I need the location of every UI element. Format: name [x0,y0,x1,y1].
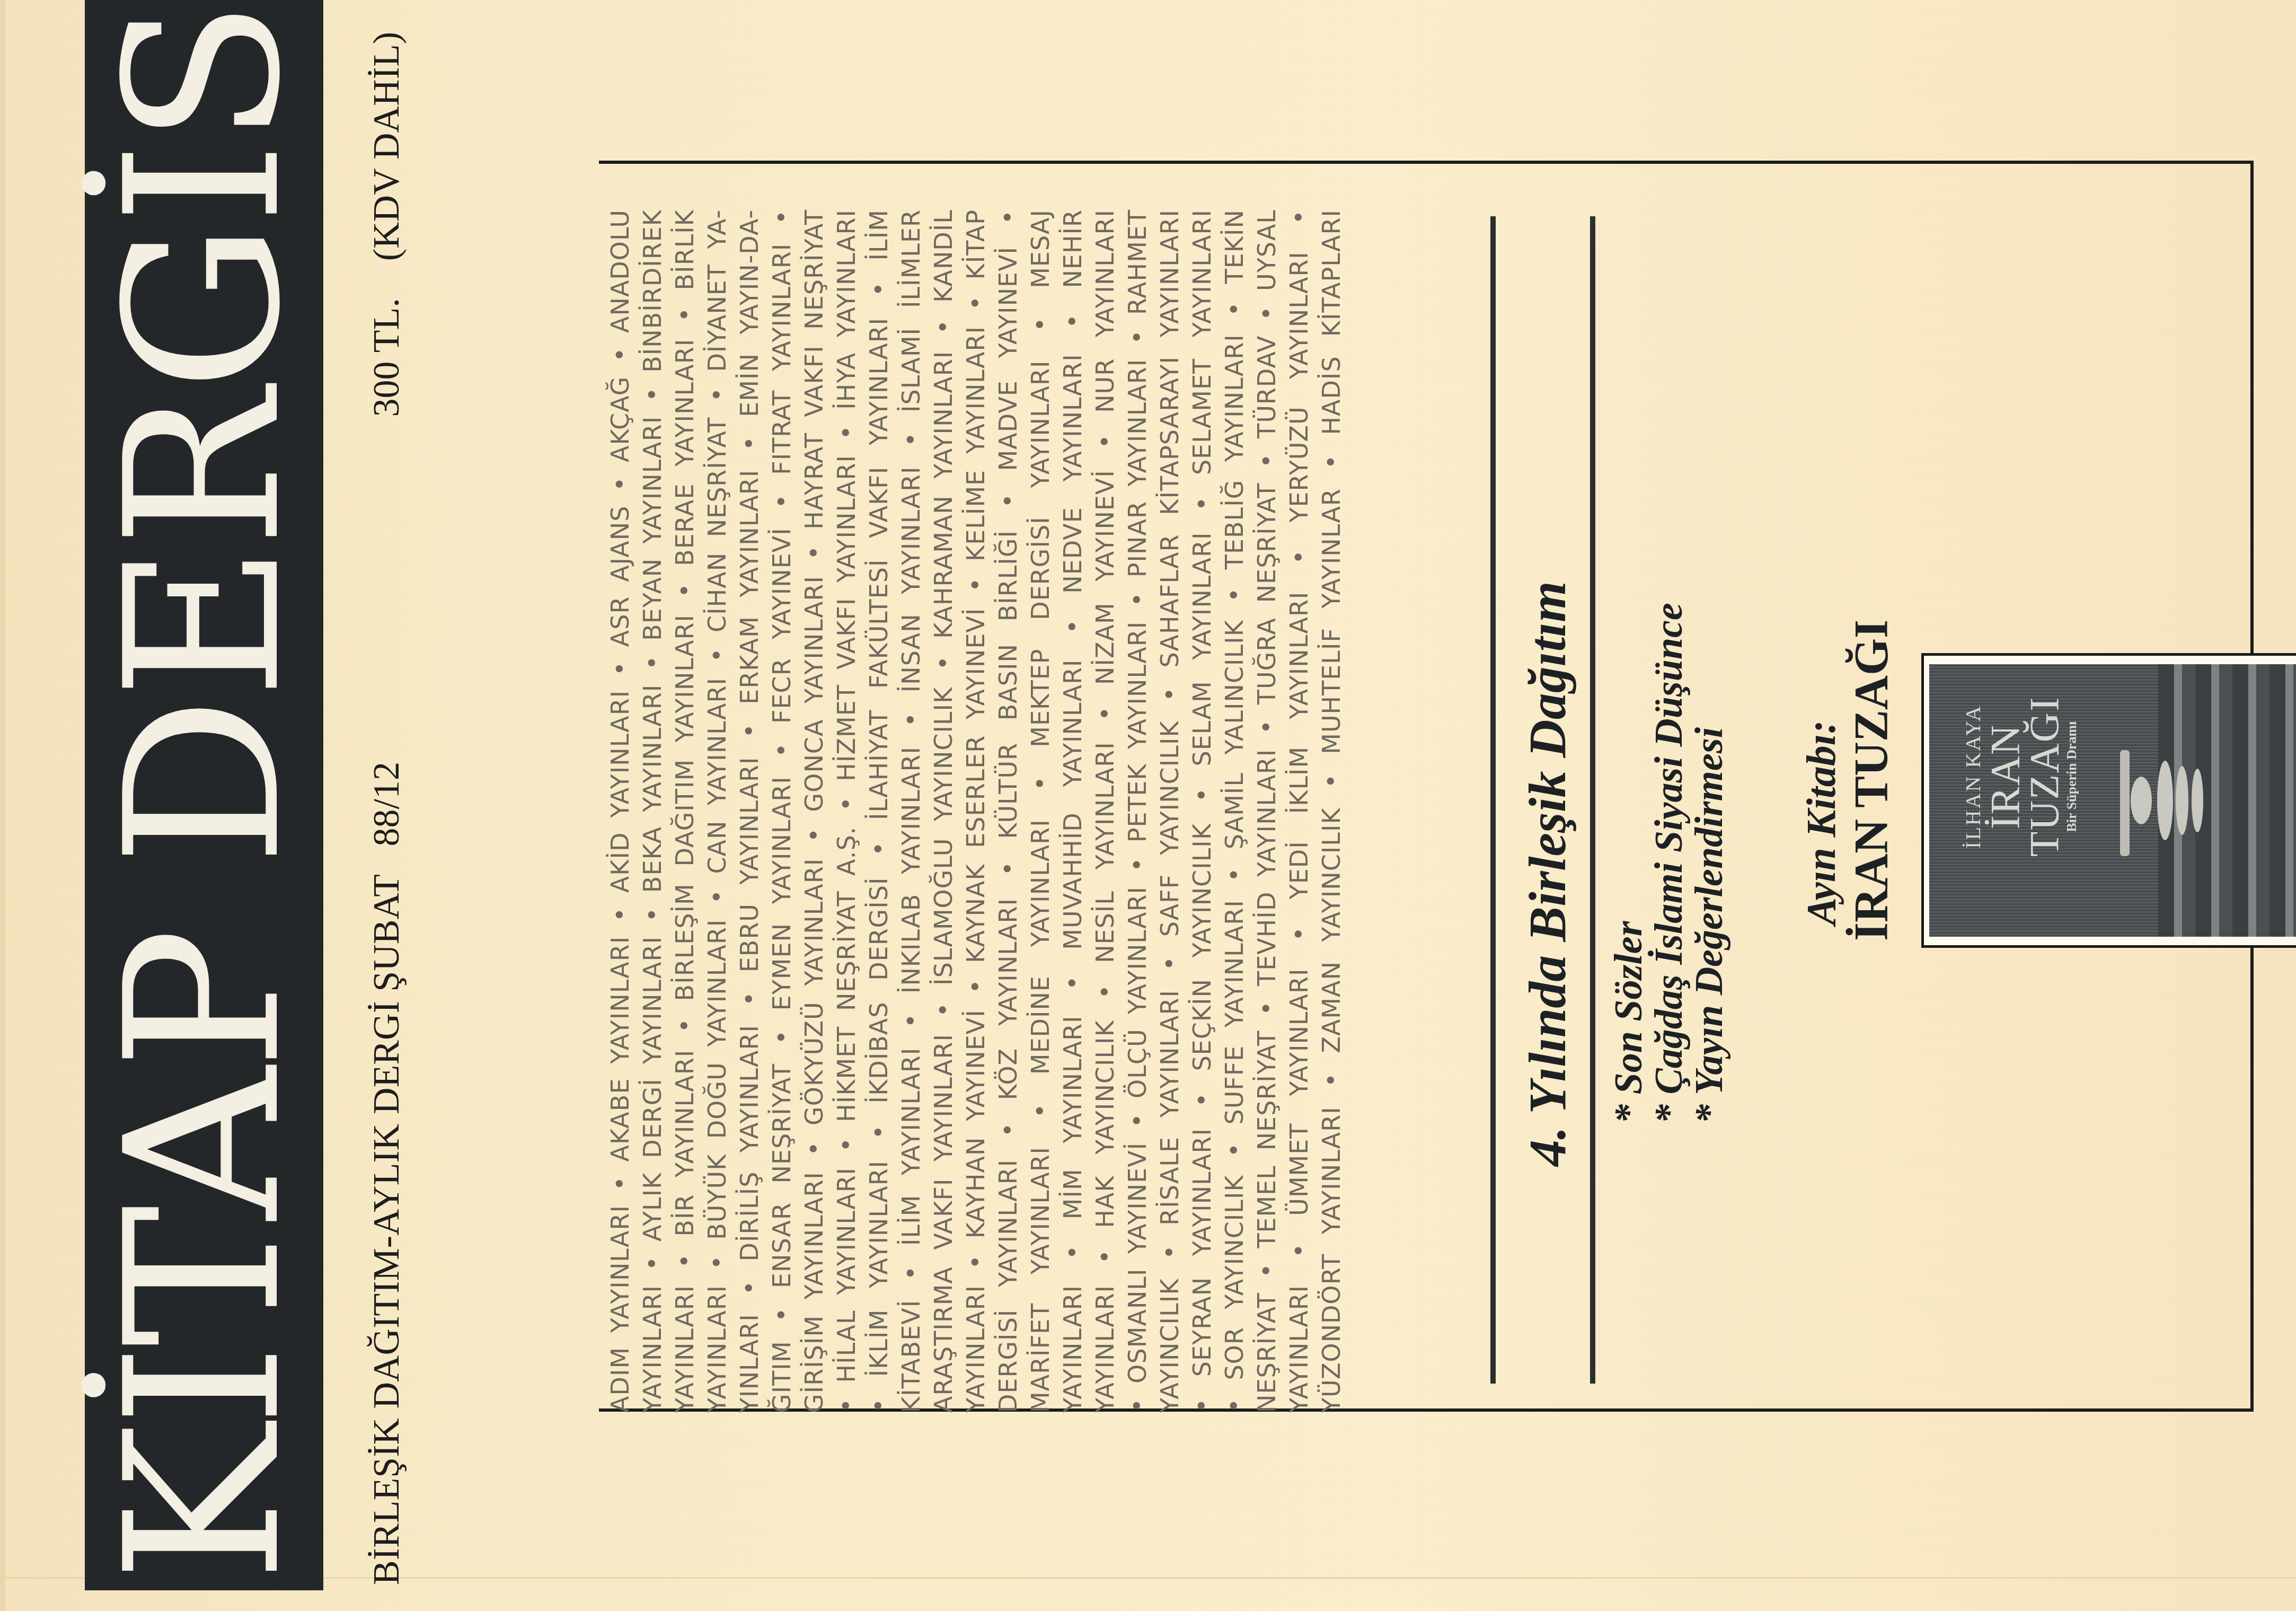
publisher-line: ĞITIM • ENSAR NEŞRİYAT • EYMEN YAYINLARI… [766,209,798,1413]
publisher-line: YAYINLARI • ÜMMET YAYINLARI • YEDİ İKLİM… [1283,209,1315,1413]
contents-item: * Yayın Değerlendirmesi [1689,276,1729,1124]
fold-line [0,1577,2296,1579]
publisher-line: YÜZONDÖRT YAYINLARI • ZAMAN YAYINCILIK •… [1315,209,1348,1413]
tower-ring-2 [2176,766,2188,835]
price: 300 TL. [366,298,408,417]
publisher-line: BİRLEŞİK DAĞITIM-AYLIK DERGİ ŞUBAT [366,874,408,1585]
masthead-subline: BİRLEŞİK DAĞITIM-AYLIK DERGİ ŞUBAT 88/12… [366,32,408,1585]
publisher-line: • İKLİM YAYINLARI • İKDİBAS DERGİSİ • İL… [863,209,895,1413]
divider-rule-right [1590,216,1595,1384]
publisher-line: YAYINLARI • HAK YAYINCILIK • NESİL YAYIN… [1089,209,1121,1413]
publisher-line: • OSMANLI YAYINEVİ • ÖLÇÜ YAYINLARI • PE… [1121,209,1154,1413]
publisher-line: YAYINLARI • AYLIK DERGİ YAYINLARI • BEKA… [637,209,669,1413]
divider-rule-left [1490,216,1496,1384]
publisher-line: YAYINLARI • BİR YAYINLARI • BİRLEŞİM DAĞ… [669,209,701,1413]
publisher-line: GİRİŞİM YAYINLARI • GÖKYÜZÜ YAYINLARI • … [798,209,831,1413]
tax-note: (KDV DAHİL) [366,32,408,261]
magazine-title: KİTAP DERGİSİ [93,0,315,1582]
cover-title-1: İRAN [1985,663,2025,891]
publisher-line: ARAŞTIRMA VAKFI YAYINLARI • İSLAMOĞLU YA… [928,209,960,1413]
publisher-line: NEŞRİYAT • TEMEL NEŞRİYAT • TEVHİD YAYIN… [1251,209,1283,1413]
publisher-list: ADIM YAYINLARI • AKABE YAYINLARI • AKİD … [604,209,1463,1413]
publisher-line: • SOR YAYINCILIK • SUFFE YAYINLARI • ŞAM… [1218,209,1251,1413]
book-cover-text: İLHAN KAYA İRAN TUZAĞI Bir Süperin Dramı [1961,663,2120,891]
frame-top-rule [599,161,2253,164]
publisher-line: ADIM YAYINLARI • AKABE YAYINLARI • AKİD … [604,209,637,1413]
book-of-month-title: İRAN TUZAĞI [1845,464,1898,941]
publisher-line: KİTABEVİ • İLİM YAYINLARI • İNKILAB YAYI… [895,209,928,1413]
contents-item: * Son Sözler [1609,276,1649,1124]
tower-shaft [2120,750,2130,856]
cover-title-2: TUZAĞI [2025,663,2064,891]
publisher-line: MARİFET YAYINLARI • MEDİNE YAYINLARI • M… [1025,209,1057,1413]
publisher-line: YAYINLARI • BÜYÜK DOĞU YAYINLARI • CAN Y… [701,209,734,1413]
tower-ring-3 [2192,769,2203,832]
tower-ring-1 [2157,761,2173,840]
book-of-month-caption: Ayın Kitabı: İRAN TUZAĞI [1797,464,1908,941]
publisher-line: YAYINCILIK • RİSALE YAYINLARI • SAFF YAY… [1154,209,1186,1413]
publisher-line: YINLARI • DİRİLİŞ YAYINLARI • EBRU YAYIN… [734,209,766,1413]
publisher-line: YAYINLARI • KAYHAN YAYINEVİ • KAYNAK ESE… [960,209,992,1413]
tower-platform [2131,777,2152,824]
publisher-line: • HİLAL YAYINLARI • HİKMET NEŞRİYAT A.Ş.… [831,209,863,1413]
issue-number: 88/12 [366,762,408,846]
publisher-line: • SEYRAN YAYINLARI • SEÇKİN YAYINCILIK •… [1186,209,1218,1413]
page-edge [0,0,5,1611]
publisher-line: DERGİSİ YAYINLARI • KÖZ YAYINLARI • KÜLT… [992,209,1025,1413]
contents-item: * Çağdaş İslami Siyasi Düşünce [1649,276,1689,1124]
headline: 4. Yılında Birleşik Dağıtım [1516,212,1579,1166]
book-of-month-label: Ayın Kitabı: [1797,464,1845,941]
contents-list: * Son Sözler* Çağdaş İslami Siyasi Düşün… [1609,276,1746,1124]
publisher-line: YAYINLARI • MİM YAYINLARI • MUVAHHİD YAY… [1057,209,1089,1413]
